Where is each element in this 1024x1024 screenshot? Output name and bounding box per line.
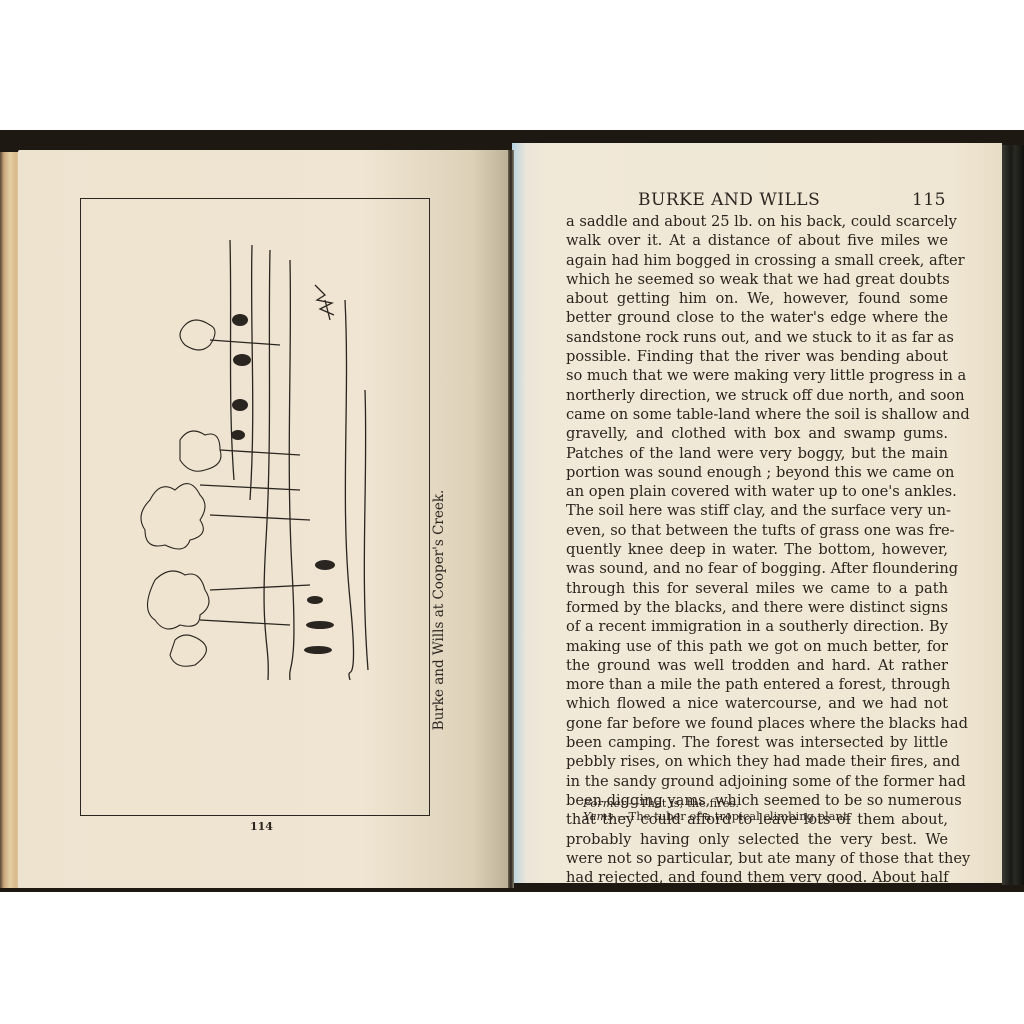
text-line: portion was sound enough ; beyond this w… (566, 463, 948, 482)
text-line: more than a mile the path entered a fore… (566, 675, 948, 694)
text-line: even, so that between the tufts of grass… (566, 521, 948, 540)
footnote-text: —The tuber of a tropical climbing plant. (617, 809, 851, 823)
footnotes: Former.—That is, the fires. Yams.—The tu… (583, 797, 943, 823)
text-line: pebbly rises, on which they had made the… (566, 752, 948, 771)
text-line: possible. Finding that the river was ben… (566, 347, 948, 366)
text-line: in the sandy ground adjoining some of th… (566, 772, 948, 791)
page-number-right: 115 (912, 190, 946, 210)
text-line: about getting him on. We, however, found… (566, 289, 948, 308)
book-gutter (508, 150, 514, 888)
running-head: BURKE AND WILLS 115 (568, 190, 946, 212)
text-line: making use of this path we got on much b… (566, 637, 948, 656)
text-line: a saddle and about 25 lb. on his back, c… (566, 212, 948, 231)
footnote-term: Former. (583, 796, 628, 810)
body-text: a saddle and about 25 lb. on his back, c… (566, 212, 948, 887)
text-line: better ground close to the water's edge … (566, 308, 948, 327)
text-line: gone far before we found places where th… (566, 714, 948, 733)
text-line: probably having only selected the very b… (566, 830, 948, 849)
running-head-title: BURKE AND WILLS (638, 190, 820, 210)
text-line: gravelly, and clothed with box and swamp… (566, 424, 948, 443)
text-line: formed by the blacks, and there were dis… (566, 598, 948, 617)
text-line: of a recent immigration in a southerly d… (566, 617, 948, 636)
text-line: came on some table-land where the soil i… (566, 405, 948, 424)
plate-caption: Burke and Wills at Cooper's Creek. (424, 400, 454, 820)
text-line: which flowed a nice watercourse, and we … (566, 694, 948, 713)
text-line: was sound, and no fear of bogging. After… (566, 559, 948, 578)
page-number-left: 114 (250, 820, 273, 833)
text-line: the ground was well trodden and hard. At… (566, 656, 948, 675)
text-line: sandstone rock runs out, and we stuck to… (566, 328, 948, 347)
illustration-drawing (140, 240, 380, 680)
text-line: which he seemed so weak that we had grea… (566, 270, 948, 289)
text-line: through this for several miles we came t… (566, 579, 948, 598)
text-line: northerly direction, we struck off due n… (566, 386, 948, 405)
text-line: Patches of the land were very boggy, but… (566, 444, 948, 463)
text-line: had rejected, and found them very good. … (566, 868, 948, 887)
text-line: been camping. The forest was intersected… (566, 733, 948, 752)
text-line: quently knee deep in water. The bottom, … (566, 540, 948, 559)
footnote: Yams.—The tuber of a tropical climbing p… (583, 810, 943, 823)
text-line: walk over it. At a distance of about fiv… (566, 231, 948, 250)
footnote-text: —That is, the fires. (628, 796, 739, 810)
page-block-edge-right (1002, 145, 1024, 885)
text-line: The soil here was stiff clay, and the su… (566, 501, 948, 520)
text-line: were not so particular, but ate many of … (566, 849, 948, 868)
text-line: an open plain covered with water up to o… (566, 482, 948, 501)
text-line: so much that we were making very little … (566, 366, 948, 385)
text-line: again had him bogged in crossing a small… (566, 251, 948, 270)
footnote-term: Yams. (583, 809, 617, 823)
plate-caption-text: Burke and Wills at Cooper's Creek. (431, 490, 447, 731)
